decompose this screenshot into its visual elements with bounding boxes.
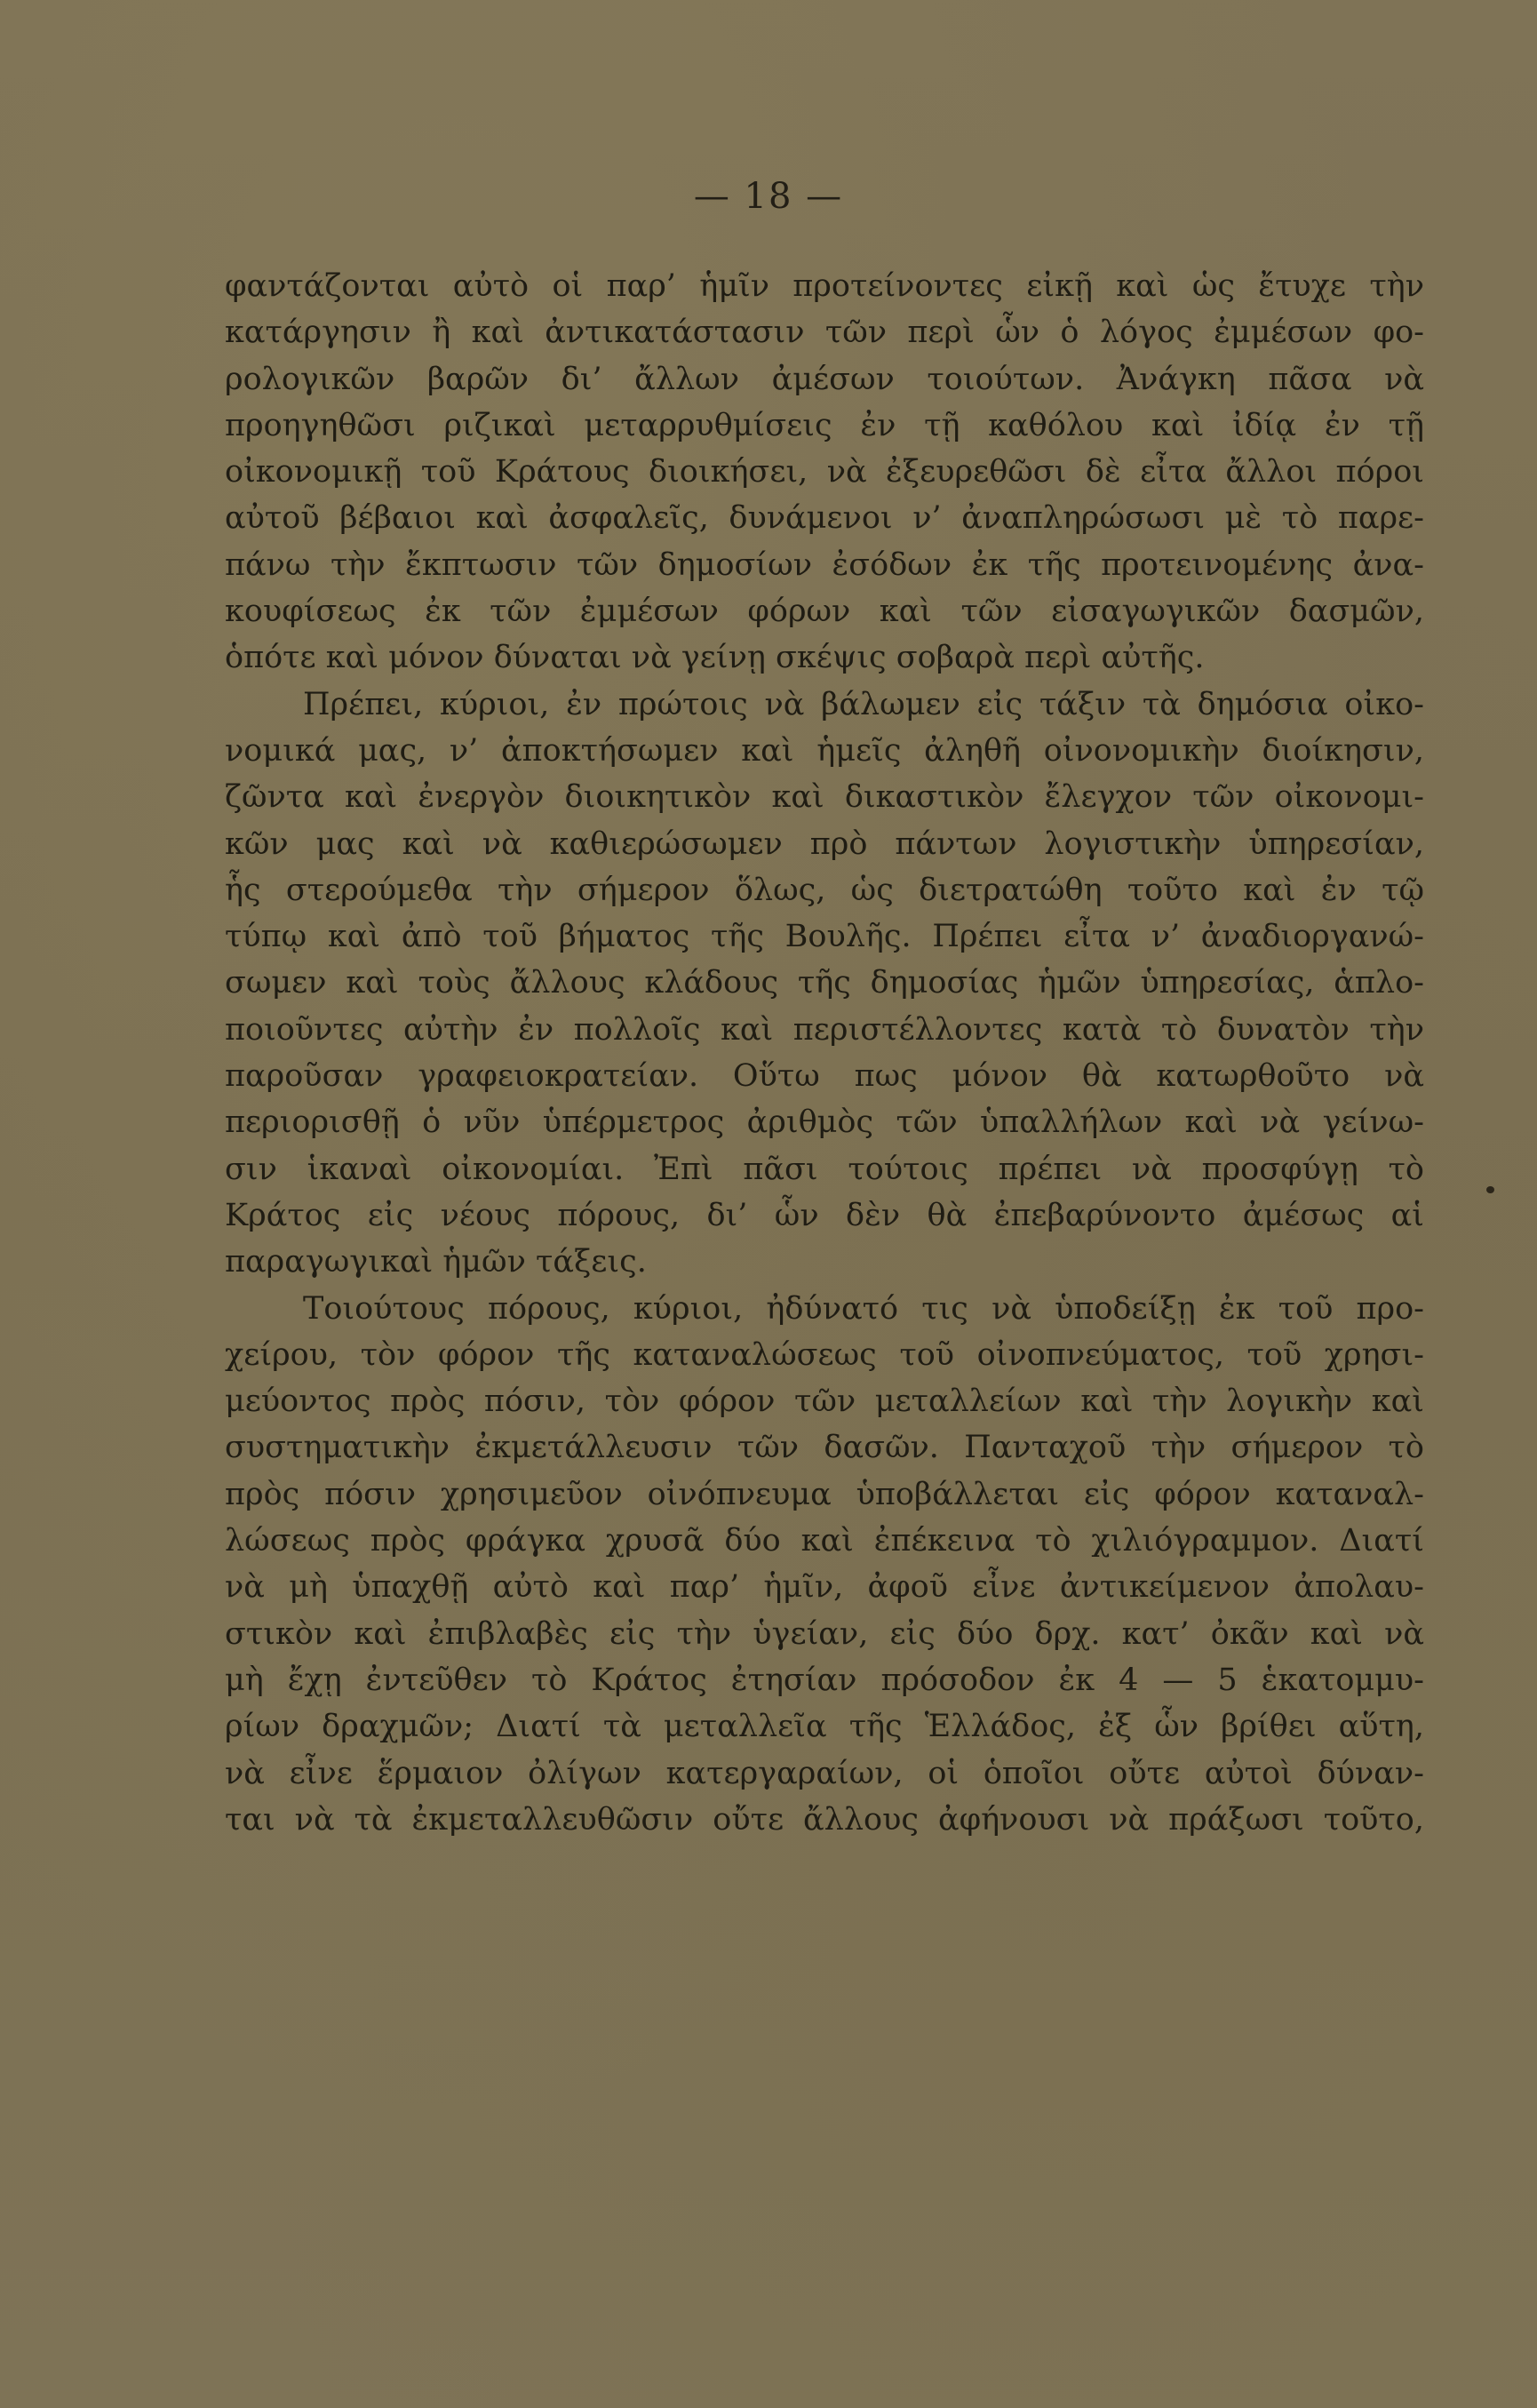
- paragraph-3: Τοιούτους πόρους, κύριοι, ἠδύνατό τις νὰ…: [225, 1286, 1424, 1844]
- text-line: μὴ ἔχῃ ἐντεῦθεν τὸ Κράτος ἐτησίαν πρόσοδ…: [225, 1657, 1424, 1703]
- text-line: ὁπότε καὶ μόνον δύναται νὰ γείνῃ σκέψις …: [225, 634, 1424, 681]
- text-line: κουφίσεως ἐκ τῶν ἐμμέσων φόρων καὶ τῶν ε…: [225, 588, 1424, 634]
- text-line: προηγηθῶσι ριζικαὶ μεταρρυθμίσεις ἐν τῇ …: [225, 403, 1424, 449]
- text-line: χείρου, τὸν φόρον τῆς καταναλώσεως τοῦ ο…: [225, 1332, 1424, 1378]
- text-line: Κράτος εἰς νέους πόρους, δι’ ὧν δὲν θὰ ἐ…: [225, 1192, 1424, 1239]
- text-line: ρολογικῶν βαρῶν δι’ ἄλλων ἀμέσων τοιούτω…: [225, 356, 1424, 403]
- text-line: παροῦσαν γραφειοκρατείαν. Οὕτω πως μόνον…: [225, 1053, 1424, 1099]
- text-line: ζῶντα καὶ ἐνεργὸν διοικητικὸν καὶ δικαστ…: [225, 774, 1424, 820]
- text-line: συστηματικὴν ἐκμετάλλευσιν τῶν δασῶν. Πα…: [225, 1424, 1424, 1471]
- text-line: φαντάζονται αὐτὸ οἱ παρ’ ἡμῖν προτείνοντ…: [225, 263, 1424, 309]
- text-line: ρίων δραχμῶν; Διατί τὰ μεταλλεῖα τῆς Ἑλλ…: [225, 1703, 1424, 1750]
- text-line: Τοιούτους πόρους, κύριοι, ἠδύνατό τις νὰ…: [225, 1286, 1424, 1332]
- text-line: μεύοντος πρὸς πόσιν, τὸν φόρον τῶν μεταλ…: [225, 1378, 1424, 1424]
- text-line: νομικά μας, ν’ ἀποκτήσωμεν καὶ ἡμεῖς ἀλη…: [225, 728, 1424, 774]
- text-line: στικὸν καὶ ἐπιβλαβὲς εἰς τὴν ὑγείαν, εἰς…: [225, 1611, 1424, 1657]
- text-line: ἧς στερούμεθα τὴν σήμερον ὅλως, ὡς διετρ…: [225, 867, 1424, 913]
- text-line: πρὸς πόσιν χρησιμεῦον οἰνόπνευμα ὑποβάλλ…: [225, 1471, 1424, 1518]
- text-line: ποιοῦντες αὐτὴν ἐν πολλοῖς καὶ περιστέλλ…: [225, 1007, 1424, 1053]
- text-line: παραγωγικαὶ ἡμῶν τάξεις.: [225, 1239, 1424, 1285]
- text-line: οἰκονομικῇ τοῦ Κράτους διοικήσει, νὰ ἐξε…: [225, 449, 1424, 495]
- text-line: Πρέπει, κύριοι, ἐν πρώτοις νὰ βάλωμεν εἰ…: [225, 682, 1424, 728]
- text-line: σιν ἱκαναὶ οἰκονομίαι. Ἐπὶ πᾶσι τούτοις …: [225, 1146, 1424, 1192]
- text-line: αὐτοῦ βέβαιοι καὶ ἀσφαλεῖς, δυνάμενοι ν’…: [225, 495, 1424, 541]
- text-line: νὰ μὴ ὑπαχθῇ αὐτὸ καὶ παρ’ ἡμῖν, ἀφοῦ εἶ…: [225, 1564, 1424, 1610]
- ink-speck: [1486, 1186, 1494, 1193]
- text-line: νὰ εἶνε ἕρμαιον ὀλίγων κατεργαραίων, οἱ …: [225, 1750, 1424, 1797]
- text-line: λώσεως πρὸς φράγκα χρυσᾶ δύο καὶ ἐπέκειν…: [225, 1518, 1424, 1564]
- text-line: περιορισθῇ ὁ νῦν ὑπέρμετρος ἀριθμὸς τῶν …: [225, 1099, 1424, 1145]
- scanned-page: — 18 — φαντάζονται αὐτὸ οἱ παρ’ ἡμῖν προ…: [0, 0, 1537, 2408]
- text-line: ται νὰ τὰ ἐκμεταλλευθῶσιν οὔτε ἄλλους ἀφ…: [225, 1797, 1424, 1843]
- text-line: τύπῳ καὶ ἀπὸ τοῦ βήματος τῆς Βουλῆς. Πρέ…: [225, 913, 1424, 960]
- text-line: κατάργησιν ἢ καὶ ἀντικατάστασιν τῶν περὶ…: [225, 309, 1424, 355]
- text-line: σωμεν καὶ τοὺς ἄλλους κλάδους τῆς δημοσί…: [225, 960, 1424, 1006]
- body-text: φαντάζονται αὐτὸ οἱ παρ’ ἡμῖν προτείνοντ…: [225, 263, 1424, 1843]
- text-line: πάνω τὴν ἔκπτωσιν τῶν δημοσίων ἐσόδων ἐκ…: [225, 542, 1424, 588]
- text-line: κῶν μας καὶ νὰ καθιερώσωμεν πρὸ πάντων λ…: [225, 821, 1424, 867]
- paragraph-2: Πρέπει, κύριοι, ἐν πρώτοις νὰ βάλωμεν εἰ…: [225, 682, 1424, 1286]
- paragraph-1: φαντάζονται αὐτὸ οἱ παρ’ ἡμῖν προτείνοντ…: [225, 263, 1424, 682]
- page-number: — 18 —: [0, 176, 1537, 217]
